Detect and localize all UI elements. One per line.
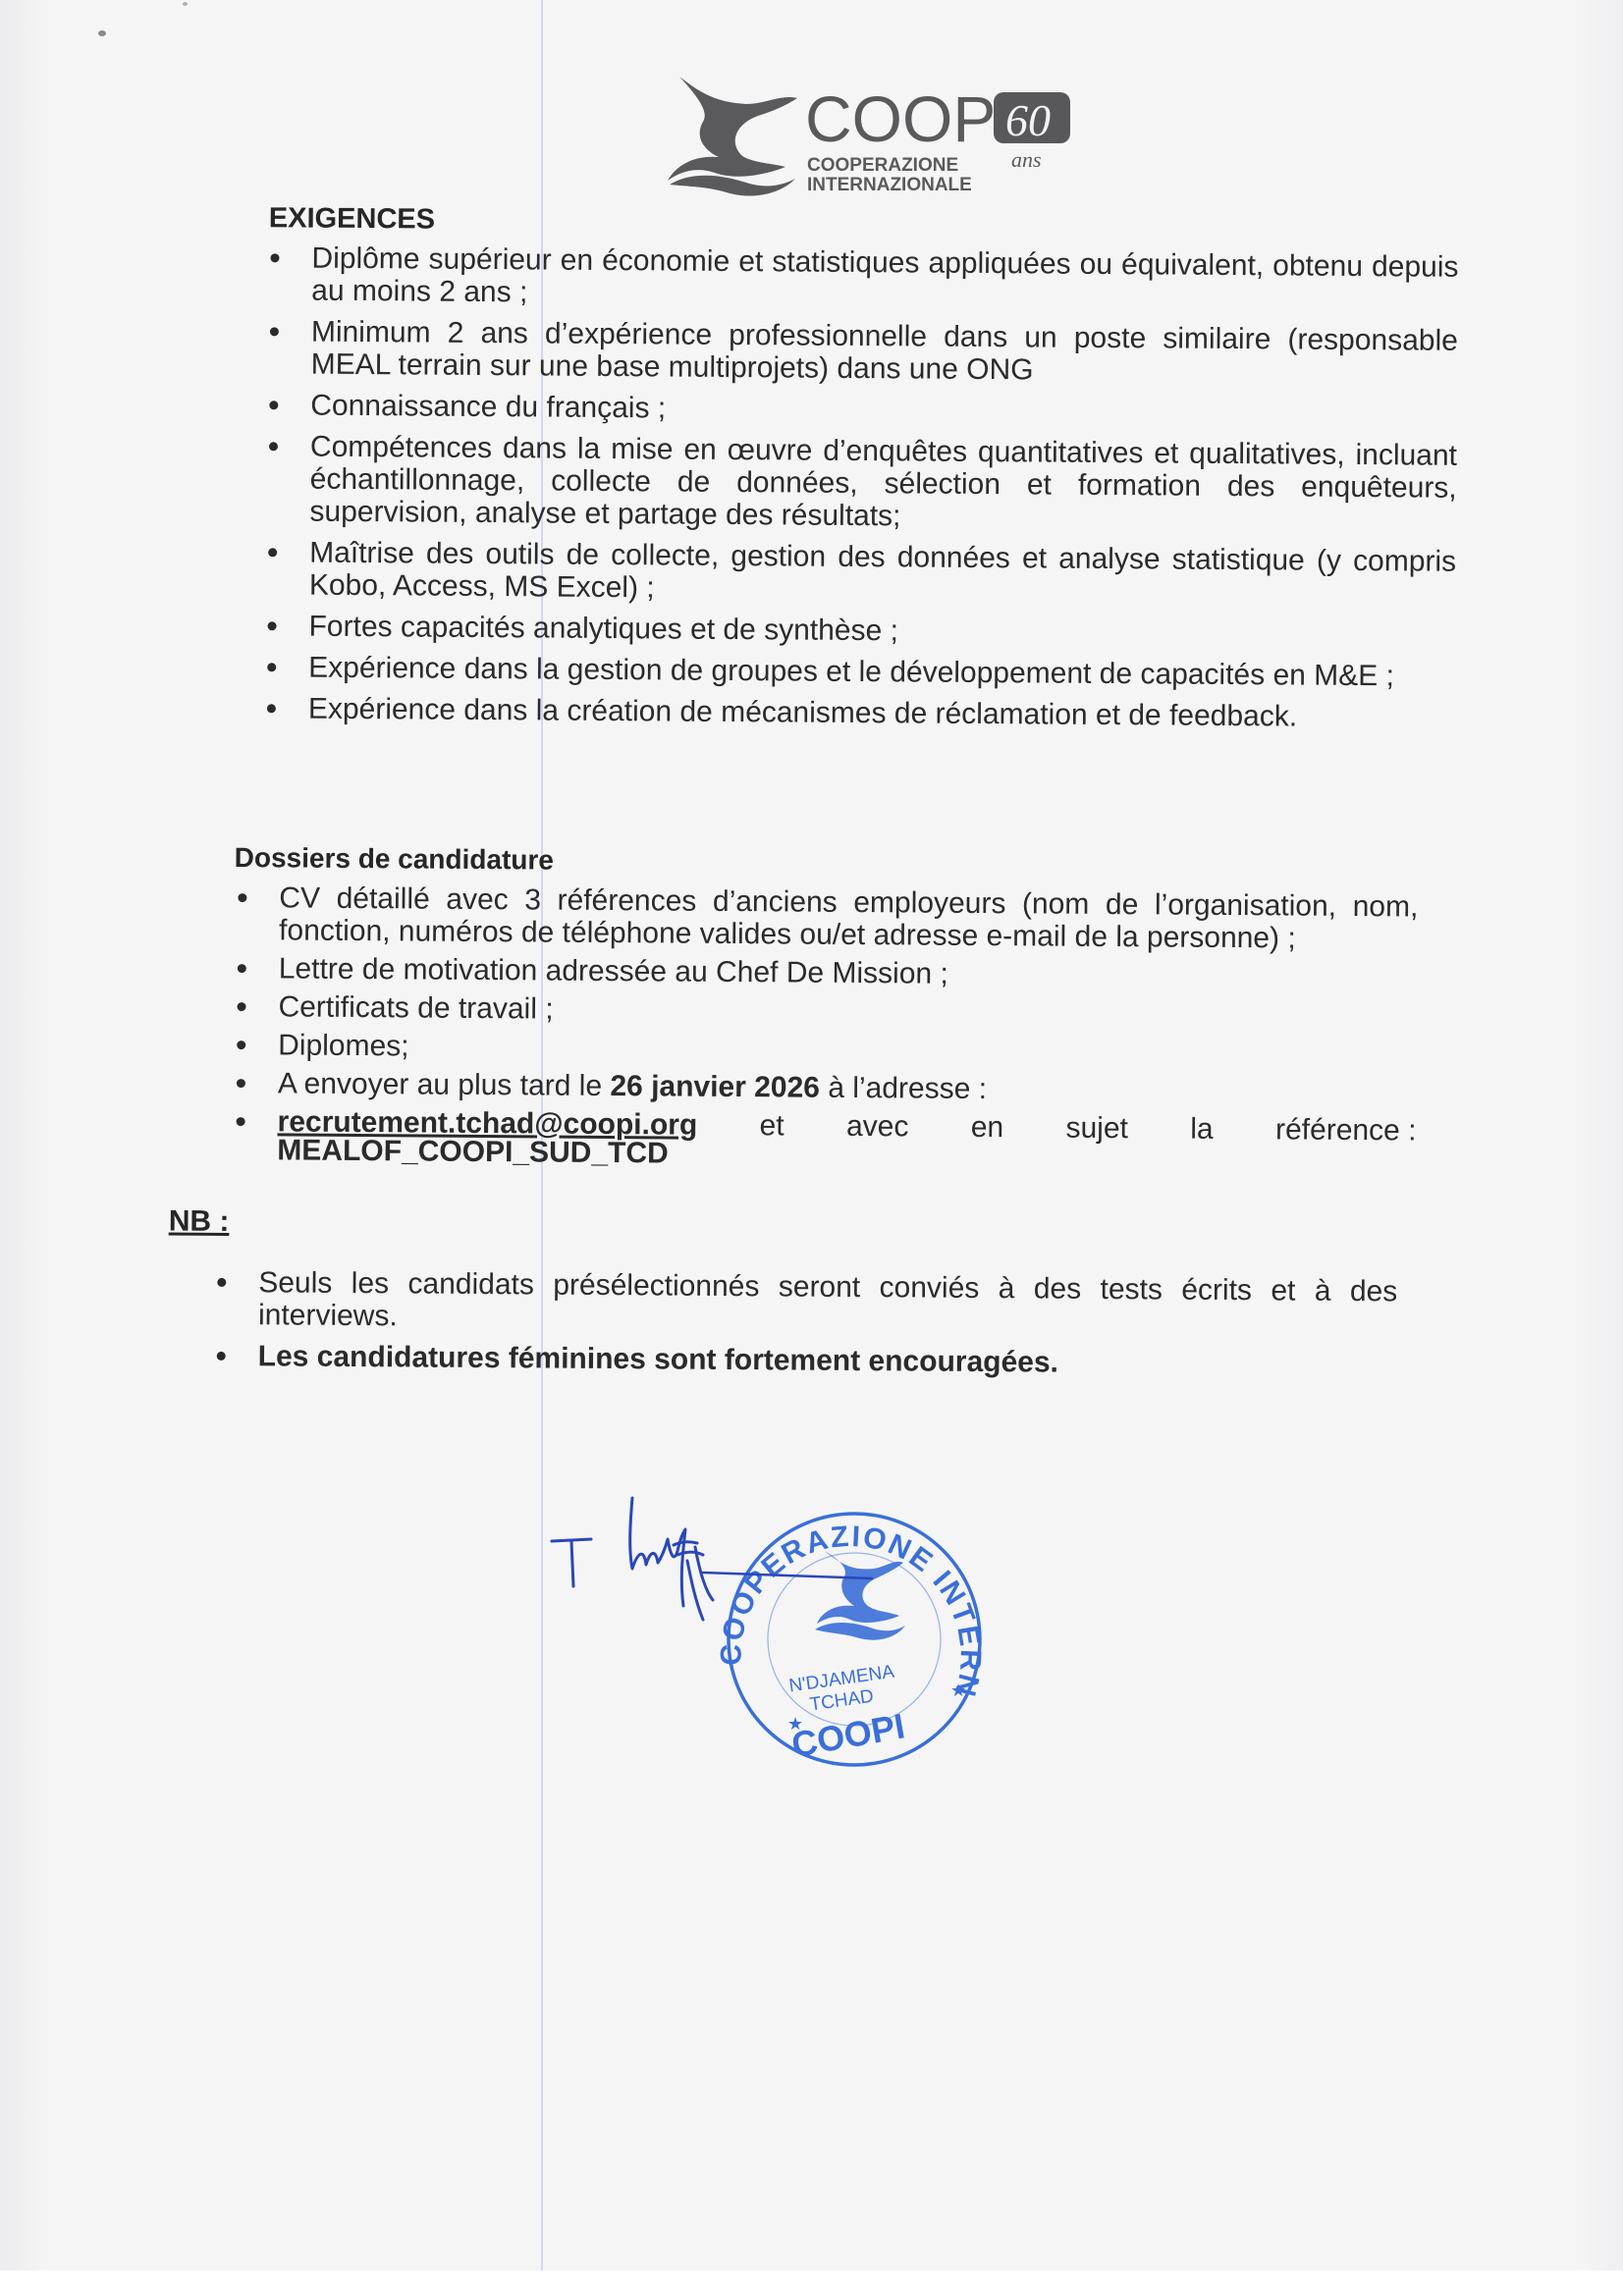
deadline-date: 26 janvier 2026 (610, 1070, 820, 1104)
list-item: Seuls les candidats présélectionnés sero… (258, 1266, 1397, 1340)
bullet-icon (237, 1002, 245, 1011)
bullet-icon (267, 663, 276, 671)
list-item: Lettre de motivation adressée au Chef De… (279, 952, 1418, 993)
scan-bottom-margin (0, 2270, 1623, 2296)
requirements-heading: EXIGENCES (269, 202, 435, 236)
nb-heading: NB : (169, 1204, 230, 1238)
bullet-icon (269, 400, 278, 409)
bullet-icon (217, 1278, 226, 1287)
stamp-bird-icon (815, 1551, 905, 1640)
deadline-item: A envoyer au plus tard le 26 janvier 202… (278, 1067, 1417, 1108)
bullet-icon (268, 548, 277, 557)
bullet-icon (270, 327, 279, 336)
svg-text:INTERNAZIONALE: INTERNAZIONALE (807, 175, 972, 195)
list-item: Certificats de travail ; (278, 990, 1417, 1032)
list-item: Maîtrise des outils de collecte, gestion… (309, 537, 1456, 611)
bullet-icon (268, 621, 277, 630)
list-item: Connaissance du français ; (310, 390, 1457, 431)
bullet-icon (238, 893, 246, 902)
signature-and-stamp: COOPERAZIONE INTERNATIONALE N'DJAMENA TC… (530, 1453, 1021, 1767)
svg-text:COOPERAZIONE INTERNATIONALE: COOPERAZIONE INTERNATIONALE (530, 1453, 987, 1701)
email-item: recrutement.tchad@coopi.org et avec en s… (277, 1105, 1416, 1175)
svg-text:COOPERAZIONE: COOPERAZIONE (807, 155, 958, 176)
nb-list: Seuls les candidats présélectionnés sero… (258, 1266, 1398, 1390)
list-item: Compétences dans la mise en œuvre d’enqu… (309, 431, 1457, 537)
list-item: Expérience dans la création de mécanisme… (308, 693, 1455, 734)
application-list: CV détaillé avec 3 références d’anciens … (277, 881, 1418, 1181)
svg-text:COOPI: COOPI (788, 1705, 907, 1765)
star-icon: ★ (787, 1714, 803, 1735)
scan-speck (183, 2, 188, 6)
scan-speck (98, 30, 106, 36)
bullet-icon (217, 1352, 226, 1361)
coopi-logo: COOPI COOPERAZIONE INTERNAZIONALE 60 ans (648, 65, 1070, 202)
list-item: Diplomes; (278, 1029, 1417, 1070)
list-item: CV détaillé avec 3 références d’anciens … (279, 881, 1418, 955)
list-item: Fortes capacités analytiques et de synth… (308, 611, 1455, 652)
list-item: Diplôme supérieur en économie et statist… (311, 242, 1458, 316)
list-item: Les candidatures féminines sont fortemen… (258, 1340, 1397, 1381)
bullet-icon (267, 704, 276, 713)
list-item: Minimum 2 ans d’expérience professionnel… (311, 316, 1458, 390)
coopi-bird-wave-logo-icon: COOPI COOPERAZIONE INTERNAZIONALE 60 ans (648, 65, 1070, 202)
svg-text:ans: ans (1011, 147, 1042, 172)
svg-text:60: 60 (1005, 95, 1051, 145)
application-heading: Dossiers de candidature (235, 842, 554, 877)
scan-edge-shadow-left (0, 0, 43, 2270)
list-item: Expérience dans la gestion de groupes et… (308, 652, 1455, 693)
bullet-icon (270, 253, 279, 262)
bullet-icon (269, 442, 278, 451)
scan-edge-shadow-right (1576, 0, 1623, 2270)
star-icon: ★ (950, 1681, 966, 1701)
bullet-icon (237, 1079, 245, 1088)
svg-text:COOPI: COOPI (805, 82, 1014, 155)
bullet-icon (237, 1041, 245, 1049)
bullet-icon (237, 1117, 245, 1126)
requirements-list: Diplôme supérieur en économie et statist… (308, 242, 1459, 743)
bullet-icon (238, 964, 246, 973)
